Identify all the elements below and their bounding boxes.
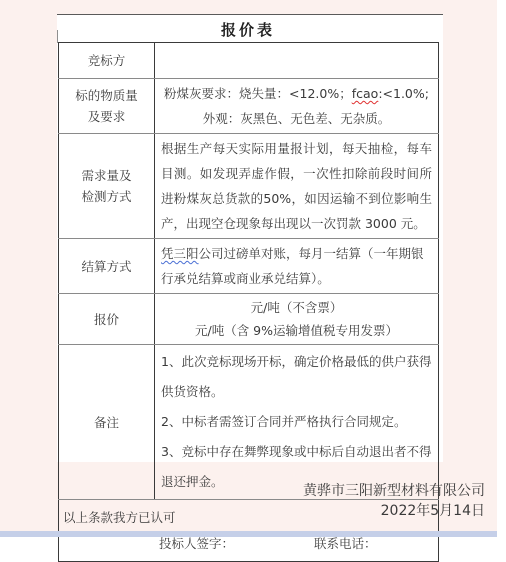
table-row-remarks: 备注 1、此次竞标现场开标，确定价格最低的供户获得供货资格。 2、中标者需签订合… [59, 345, 439, 500]
doc-title: 报价表 [57, 19, 439, 40]
company-name: 黄骅市三阳新型材料有限公司 [303, 481, 485, 501]
row-content-demand: 根据生产每天实际用量报计划，每天抽检，每车目测。如发现弄虚作假，一次性扣除前段时… [155, 134, 439, 239]
spellcheck-underline-term: fcao [352, 86, 379, 101]
row-content-bidder [155, 43, 439, 79]
row-label-quality: 标的物质量 及要求 [59, 79, 155, 134]
table-row-bidder: 竞标方 [59, 43, 439, 79]
row-label-settlement: 结算方式 [59, 239, 155, 294]
grammar-underline-term: 凭三阳 [161, 246, 199, 261]
table-row-demand: 需求量及 检测方式 根据生产每天实际用量报计划，每天抽检，每车目测。如发现弄虚作… [59, 134, 439, 239]
quotation-table: 竞标方 标的物质量 及要求 粉煤灰要求：烧失量：<12.0%；fcao:<1.0… [58, 42, 439, 539]
row-label-remarks: 备注 [59, 345, 155, 500]
doc-date: 2022年5月14日 [303, 501, 485, 521]
row-label-demand: 需求量及 检测方式 [59, 134, 155, 239]
horizontal-scrollbar-thumb[interactable] [0, 531, 497, 537]
row-label-bidder: 竞标方 [59, 43, 155, 79]
settlement-text-after: 公司过磅单对账，每月一结算（一年期银行承兑结算或商业承兑结算）。 [161, 246, 424, 286]
row-content-quote: 元/吨（不含票） 元/吨（含 9%运输增值税专用发票） [155, 294, 439, 345]
document-page: 报价表 竞标方 标的物质量 及要求 粉煤灰要求：烧失量：<12.0%；fcao:… [57, 14, 443, 462]
table-row-settlement: 结算方式 凭三阳公司过磅单对账，每月一结算（一年期银行承兑结算或商业承兑结算）。 [59, 239, 439, 294]
row-label-quote: 报价 [59, 294, 155, 345]
row-content-settlement: 凭三阳公司过磅单对账，每月一结算（一年期银行承兑结算或商业承兑结算）。 [155, 239, 439, 294]
signature-block: 黄骅市三阳新型材料有限公司 2022年5月14日 [303, 481, 485, 521]
quality-text-before: 粉煤灰要求：烧失量：<12.0%； [164, 86, 352, 101]
table-row-quote: 报价 元/吨（不含票） 元/吨（含 9%运输增值税专用发票） [59, 294, 439, 345]
table-row-quality: 标的物质量 及要求 粉煤灰要求：烧失量：<12.0%；fcao:<1.0%;外观… [59, 79, 439, 134]
row-content-quality: 粉煤灰要求：烧失量：<12.0%；fcao:<1.0%;外观：灰黑色、无色差、无… [155, 79, 439, 134]
row-content-remarks: 1、此次竞标现场开标，确定价格最低的供户获得供货资格。 2、中标者需签订合同并严… [155, 345, 439, 500]
